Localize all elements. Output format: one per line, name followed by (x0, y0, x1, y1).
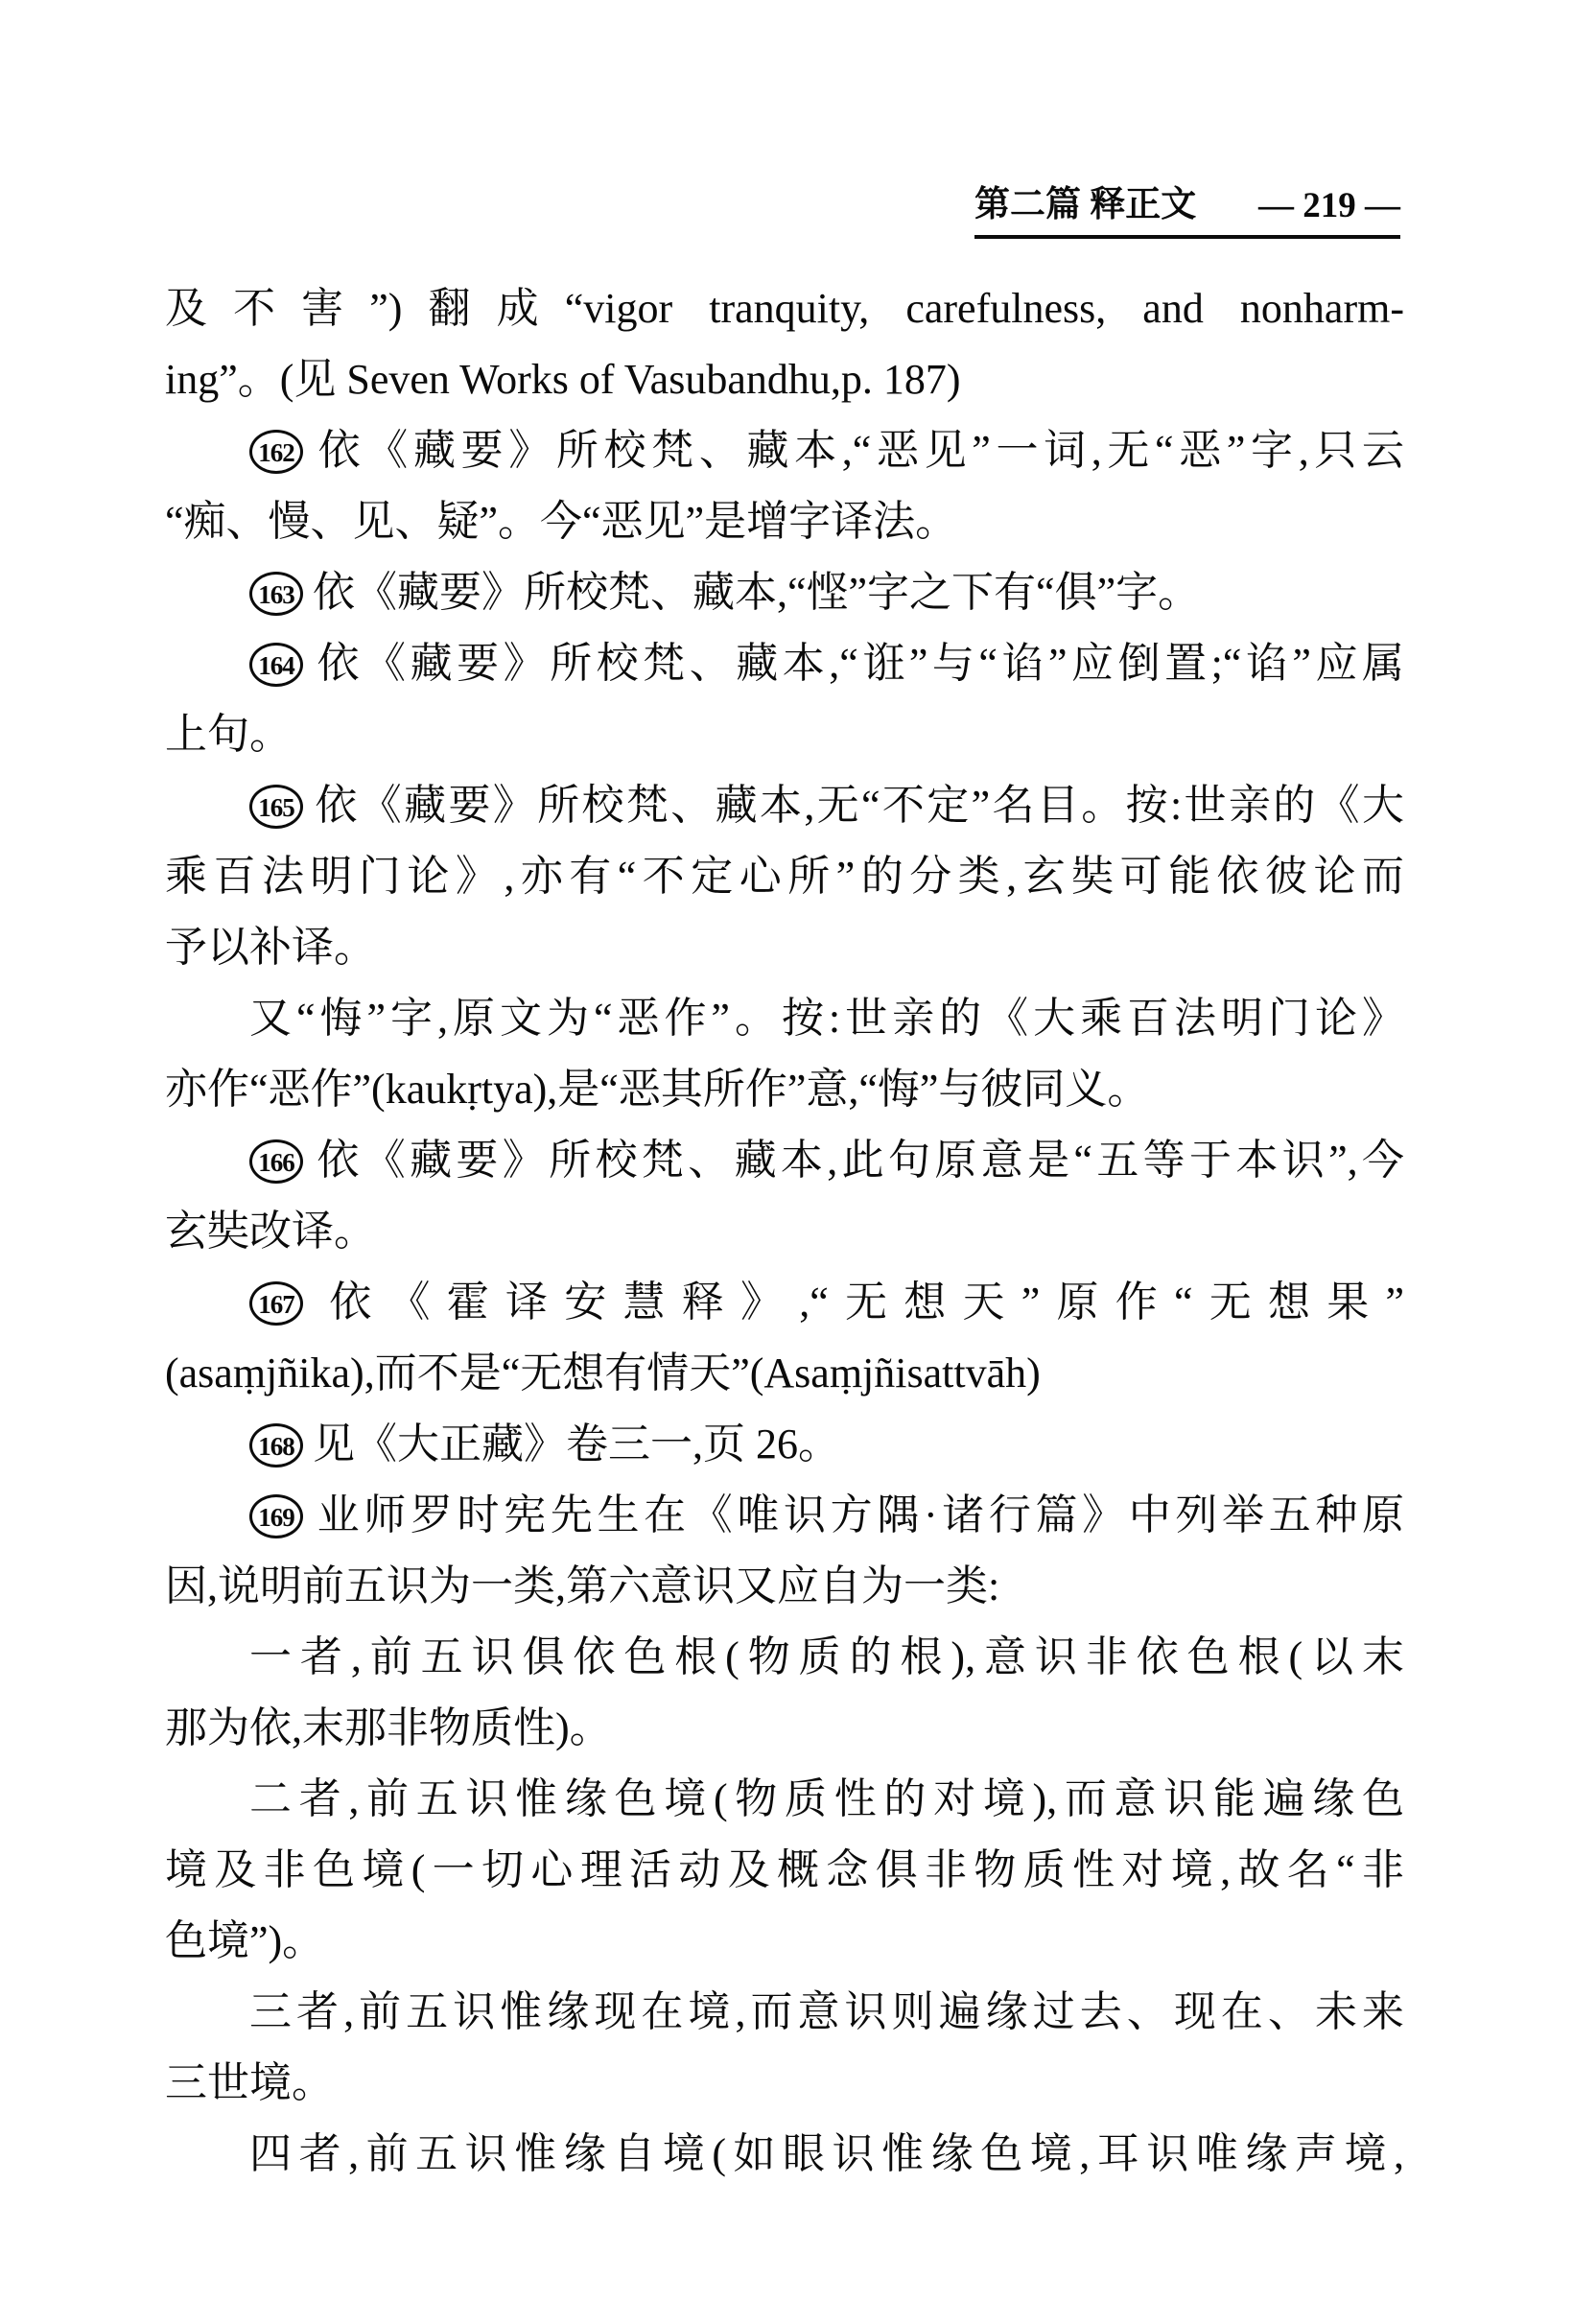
text-line: 一者,前五识俱依色根(物质的根),意识非依色根(以末 (165, 1622, 1404, 1693)
line-text: 依《藏要》所校梵、藏本,“悭”字之下有“俱”字。 (313, 569, 1200, 616)
footnote-number-badge: 167 (249, 1281, 303, 1326)
line-text: 依《藏要》所校梵、藏本,无“不定”名目。按:世亲的《大 (313, 782, 1404, 829)
line-text: 三者,前五识惟缘现在境,而意识则遍缘过去、现在、未来 (249, 1988, 1404, 2035)
line-text: 上句。 (165, 711, 292, 758)
text-line: 169业师罗时宪先生在《唯识方隅·诸行篇》中列举五种原 (165, 1480, 1404, 1551)
line-text: ing”。(见 Seven Works of Vasubandhu,p. 187… (165, 356, 961, 403)
book-page: 第二篇 释正文 — 219 — 及不害”)翻成“vigor tranquity,… (0, 0, 1596, 2301)
line-text: 依《藏要》所校梵、藏本,“恶见”一词,无“恶”字,只云 (313, 427, 1404, 474)
line-text: 见《大正藏》卷三一,页 26。 (313, 1421, 840, 1467)
text-line: 二者,前五识惟缘色境(物质性的对境),而意识能遍缘色 (165, 1764, 1404, 1835)
footnote-number-badge: 163 (249, 572, 303, 616)
line-text: “痴、慢、见、疑”。今“恶见”是增字译法。 (165, 498, 957, 545)
line-text: 业师罗时宪先生在《唯识方隅·诸行篇》中列举五种原 (313, 1491, 1404, 1538)
text-line: ing”。(见 Seven Works of Vasubandhu,p. 187… (165, 344, 1404, 415)
text-line: 上句。 (165, 699, 1404, 770)
text-line: 168见《大正藏》卷三一,页 26。 (165, 1409, 1404, 1480)
line-text: 依《藏要》所校梵、藏本,“诳”与“谄”应倒置;“谄”应属 (313, 640, 1404, 687)
text-line: 及不害”)翻成“vigor tranquity, carefulness, an… (165, 273, 1404, 344)
line-text: 三世境。 (165, 2059, 334, 2106)
line-text: 玄奘改译。 (165, 1208, 376, 1255)
text-line: 予以补译。 (165, 912, 1404, 983)
text-line: 那为依,末那非物质性)。 (165, 1693, 1404, 1764)
footnote-number-badge: 164 (249, 643, 303, 687)
text-line: 因,说明前五识为一类,第六意识又应自为一类: (165, 1551, 1404, 1622)
text-line: (asaṃjñika),而不是“无想有情天”(Asaṃjñisattvāh) (165, 1338, 1404, 1409)
text-line: 玄奘改译。 (165, 1196, 1404, 1267)
section-title: 第二篇 释正文 (974, 175, 1196, 226)
line-text: 二者,前五识惟缘色境(物质性的对境),而意识能遍缘色 (249, 1775, 1404, 1822)
text-line: 三世境。 (165, 2048, 1404, 2119)
page-number: — 219 — (1258, 185, 1400, 226)
text-line: 境及非色境(一切心理活动及概念俱非物质性对境,故名“非 (165, 1835, 1404, 1906)
text-line: 三者,前五识惟缘现在境,而意识则遍缘过去、现在、未来 (165, 1977, 1404, 2048)
footnote-number-badge: 169 (249, 1494, 303, 1538)
line-text: 四者,前五识惟缘自境(如眼识惟缘色境,耳识唯缘声境, (249, 2130, 1404, 2177)
text-line: 162依《藏要》所校梵、藏本,“恶见”一词,无“恶”字,只云 (165, 415, 1404, 486)
line-text: 及不害”)翻成“vigor tranquity, carefulness, an… (165, 285, 1404, 332)
text-line: 乘百法明门论》,亦有“不定心所”的分类,玄奘可能依彼论而 (165, 841, 1404, 912)
line-text: 依《霍译安慧释》,“无想天”原作“无想果” (313, 1279, 1404, 1326)
line-text: 予以补译。 (165, 924, 376, 971)
line-text: 境及非色境(一切心理活动及概念俱非物质性对境,故名“非 (165, 1846, 1404, 1893)
text-line: 165依《藏要》所校梵、藏本,无“不定”名目。按:世亲的《大 (165, 770, 1404, 841)
footnote-number-badge: 162 (249, 430, 303, 474)
text-line: 色境”)。 (165, 1906, 1404, 1977)
line-text: 因,说明前五识为一类,第六意识又应自为一类: (165, 1562, 999, 1609)
text-line: 166依《藏要》所校梵、藏本,此句原意是“五等于本识”,今 (165, 1125, 1404, 1196)
line-text: 亦作“恶作”(kaukṛtya),是“恶其所作”意,“悔”与彼同义。 (165, 1066, 1149, 1113)
line-text: 色境”)。 (165, 1917, 324, 1964)
line-text: (asaṃjñika),而不是“无想有情天”(Asaṃjñisattvāh) (165, 1350, 1041, 1397)
body-text: 及不害”)翻成“vigor tranquity, carefulness, an… (165, 273, 1404, 2190)
text-line: 163依《藏要》所校梵、藏本,“悭”字之下有“俱”字。 (165, 557, 1404, 628)
line-text: 乘百法明门论》,亦有“不定心所”的分类,玄奘可能依彼论而 (165, 853, 1404, 900)
text-line: 167依《霍译安慧释》,“无想天”原作“无想果” (165, 1267, 1404, 1338)
footnote-number-badge: 166 (249, 1139, 303, 1184)
text-line: “痴、慢、见、疑”。今“恶见”是增字译法。 (165, 486, 1404, 557)
line-text: 依《藏要》所校梵、藏本,此句原意是“五等于本识”,今 (313, 1137, 1404, 1184)
page-header: 第二篇 释正文 — 219 — (974, 175, 1400, 239)
text-line: 四者,前五识惟缘自境(如眼识惟缘色境,耳识唯缘声境, (165, 2119, 1404, 2190)
text-line: 164依《藏要》所校梵、藏本,“诳”与“谄”应倒置;“谄”应属 (165, 628, 1404, 699)
footnote-number-badge: 168 (249, 1423, 303, 1467)
footnote-number-badge: 165 (249, 785, 303, 829)
text-line: 亦作“恶作”(kaukṛtya),是“恶其所作”意,“悔”与彼同义。 (165, 1054, 1404, 1125)
line-text: 又“悔”字,原文为“恶作”。按:世亲的《大乘百法明门论》 (249, 995, 1404, 1042)
line-text: 那为依,末那非物质性)。 (165, 1704, 612, 1751)
line-text: 一者,前五识俱依色根(物质的根),意识非依色根(以末 (249, 1633, 1404, 1680)
text-line: 又“悔”字,原文为“恶作”。按:世亲的《大乘百法明门论》 (165, 983, 1404, 1054)
